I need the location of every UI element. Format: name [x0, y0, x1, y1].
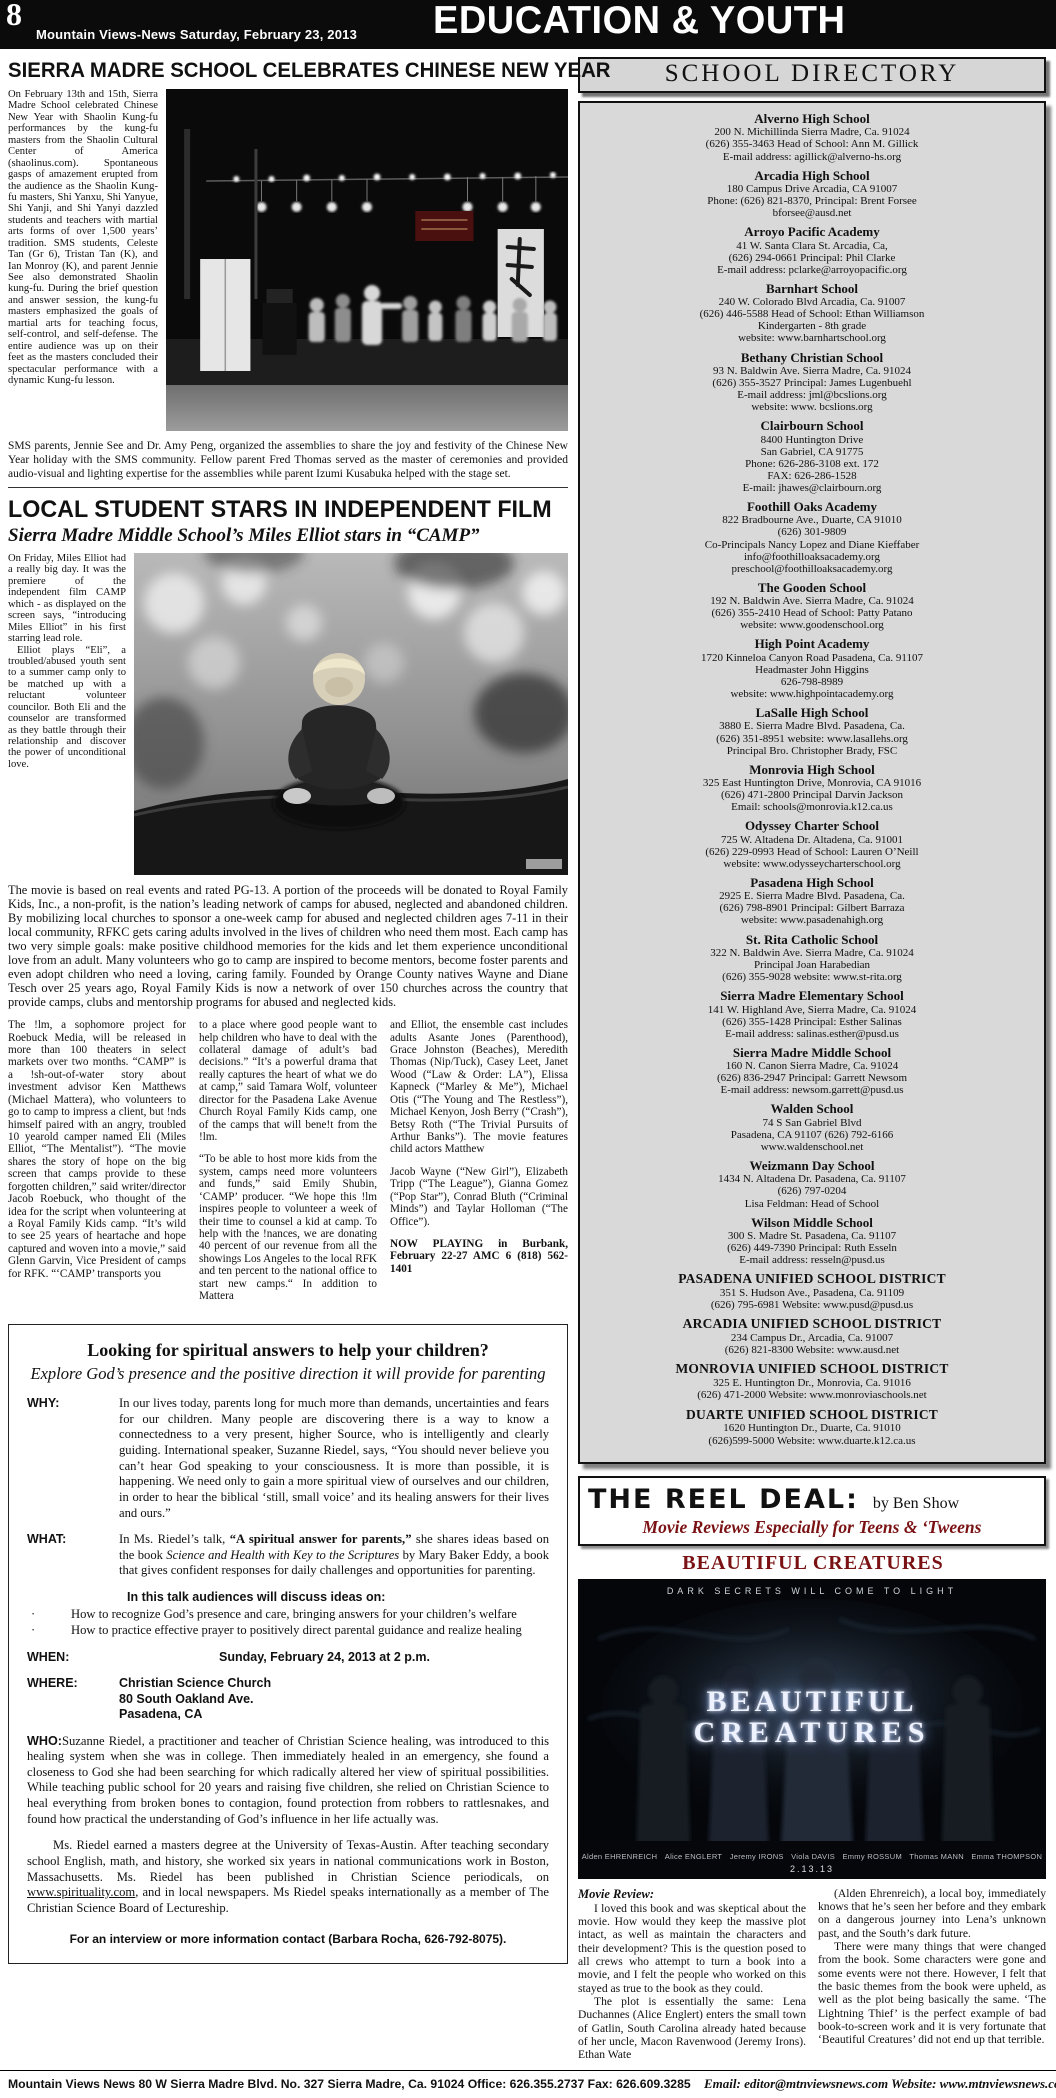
school-name: The Gooden School: [586, 580, 1038, 595]
review-paragraph: The plot is essentially the same: Lena D…: [578, 1995, 806, 2062]
article-column: and Elliot, the ensemble cast includes a…: [390, 1019, 568, 1312]
review-col2-paras: (Alden Ehrenreich), a local boy, immedia…: [818, 1887, 1046, 2047]
article-divider: [8, 487, 568, 488]
article2-intro: On Friday, Miles Elliot had a really big…: [8, 553, 126, 875]
article2-full-paragraph: The movie is based on real events and ra…: [8, 883, 568, 1009]
article1-caption: SMS parents, Jennie See and Dr. Amy Peng…: [8, 439, 568, 481]
school-line: bforsee@ausd.net: [586, 207, 1038, 219]
district-line: (626) 821-8300 Website: www.ausd.net: [586, 1344, 1038, 1356]
school-name: LaSalle High School: [586, 705, 1038, 720]
reel-deal-byline: by Ben Show: [873, 1495, 959, 1512]
district-line: 325 E. Huntington Dr., Monrovia, Ca. 910…: [586, 1377, 1038, 1389]
school-line: website: www.barnhartschool.org: [586, 332, 1038, 344]
spirituality-link: www.spirituality.com: [27, 1885, 135, 1899]
school-line: (626) 294-0661 Principal: Phil Clarke: [586, 252, 1038, 264]
school-name: Arroyo Pacific Academy: [586, 224, 1038, 239]
school-entry: Sierra Madre Middle School 160 N. Canon …: [586, 1045, 1038, 1097]
footer-contact-info: Mountain Views News 80 W Sierra Madre Bl…: [8, 2077, 691, 2091]
what-talk-title: “A spiritual answer for parents,”: [230, 1532, 412, 1546]
school-line: FAX: 626-286-1528: [586, 470, 1038, 482]
school-lines: 74 S San Gabriel BlvdPasadena, CA 91107 …: [586, 1117, 1038, 1153]
right-column: SCHOOL DIRECTORY Alverno High School 200…: [578, 55, 1048, 2062]
intro-paragraph: On Friday, Miles Elliot had a really big…: [8, 553, 126, 645]
boy-photo-graphic: [134, 553, 568, 875]
why-label: WHY:: [27, 1396, 119, 1521]
district-entry: PASADENA UNIFIED SCHOOL DISTRICT 351 S. …: [586, 1271, 1038, 1311]
school-entry: Arroyo Pacific Academy 41 W. Santa Clara…: [586, 224, 1038, 276]
school-line: 192 N. Baldwin Ave. Sierra Madre, Ca. 91…: [586, 595, 1038, 607]
review-column-2: (Alden Ehrenreich), a local boy, immedia…: [818, 1887, 1046, 2062]
page-body: SIERRA MADRE SCHOOL CELEBRATES CHINESE N…: [0, 49, 1056, 2062]
school-line: Principal Bro. Christopher Brady, FSC: [586, 745, 1038, 757]
district-line: (626) 471-2000 Website: www.monroviascho…: [586, 1389, 1038, 1401]
school-lines: 1720 Kinneloa Canyon Road Pasadena, Ca. …: [586, 652, 1038, 700]
page-number: 8: [6, 0, 22, 33]
review-col1-paras: I loved this book and was skeptical abou…: [578, 1902, 806, 2062]
column-paragraphs: The !lm, a sophomore project for Roebuck…: [8, 1019, 186, 1280]
cast-name: Emma THOMPSON: [971, 1852, 1042, 1861]
bullet-marker: ·: [27, 1607, 71, 1623]
school-name: Barnhart School: [586, 281, 1038, 296]
school-entry: Walden School 74 S San Gabriel BlvdPasad…: [586, 1101, 1038, 1153]
school-line: (626) 446-5588 Head of School: Ethan Wil…: [586, 308, 1038, 320]
review-column-1: Movie Review: I loved this book and was …: [578, 1887, 806, 2062]
district-line: (626) 795-6981 Website: www.pusd@pusd.us: [586, 1299, 1038, 1311]
cast-name: Viola DAVIS: [791, 1852, 835, 1861]
spiritual-where-row: WHERE: Christian Science Church80 South …: [27, 1676, 549, 1723]
reel-title-row: THE REEL DEAL: by Ben Show: [588, 1484, 1036, 1515]
school-line: Lisa Feldman: Head of School: [586, 1198, 1038, 1210]
where-lines: Christian Science Church80 South Oakland…: [119, 1676, 549, 1723]
district-line: 1620 Huntington Dr., Duarte, Ca. 91010: [586, 1422, 1038, 1434]
school-name: Wilson Middle School: [586, 1215, 1038, 1230]
school-line: website: www.odysseycharterschool.org: [586, 858, 1038, 870]
school-line: 93 N. Baldwin Ave. Sierra Madre, Ca. 910…: [586, 365, 1038, 377]
school-lines: 8400 Huntington DriveSan Gabriel, CA 917…: [586, 434, 1038, 494]
school-line: 240 W. Colorado Blvd Arcadia, Ca. 91007: [586, 296, 1038, 308]
school-entry: Pasadena High School 2925 E. Sierra Madr…: [586, 875, 1038, 927]
school-line: 725 W. Altadena Dr. Altadena, Ca. 91001: [586, 834, 1038, 846]
school-line: 1434 N. Altadena Dr. Pasadena, Ca. 91107: [586, 1173, 1038, 1185]
school-name: Alverno High School: [586, 111, 1038, 126]
district-name: ARCADIA UNIFIED SCHOOL DISTRICT: [586, 1316, 1038, 1332]
school-line: (626) 351-8951 website: www.lasallehs.or…: [586, 733, 1038, 745]
district-name: DUARTE UNIFIED SCHOOL DISTRICT: [586, 1407, 1038, 1423]
school-lines: 2925 E. Sierra Madre Blvd. Pasadena, Ca.…: [586, 890, 1038, 926]
spiritual-subtitle: Explore God’s presence and the positive …: [27, 1364, 549, 1384]
school-line: 200 N. Michillinda Sierra Madre, Ca. 910…: [586, 126, 1038, 138]
school-line: San Gabriel, CA 91775: [586, 446, 1038, 458]
district-lines: 351 S. Hudson Ave., Pasadena, Ca. 91109(…: [586, 1287, 1038, 1311]
district-lines: 1620 Huntington Dr., Duarte, Ca. 91010(6…: [586, 1422, 1038, 1446]
school-lines: 300 S. Madre St. Pasadena, Ca. 91107(626…: [586, 1230, 1038, 1266]
school-name: Bethany Christian School: [586, 350, 1038, 365]
school-line: Headmaster John Higgins: [586, 664, 1038, 676]
school-line: 1720 Kinneloa Canyon Road Pasadena, Ca. …: [586, 652, 1038, 664]
article2-row: On Friday, Miles Elliot had a really big…: [8, 553, 568, 875]
school-entry: LaSalle High School 3880 E. Sierra Madre…: [586, 705, 1038, 757]
who-paragraph: WHO:Suzanne Riedel, a practitioner and t…: [27, 1734, 549, 1828]
what-label: WHAT:: [27, 1532, 119, 1579]
school-line: website: www.goodenschool.org: [586, 619, 1038, 631]
district-line: 234 Campus Dr., Arcadia, Ca. 91007: [586, 1332, 1038, 1344]
district-entry: ARCADIA UNIFIED SCHOOL DISTRICT 234 Camp…: [586, 1316, 1038, 1356]
district-entry: DUARTE UNIFIED SCHOOL DISTRICT 1620 Hunt…: [586, 1407, 1038, 1447]
left-column: SIERRA MADRE SCHOOL CELEBRATES CHINESE N…: [8, 55, 568, 1964]
article2-columns: The !lm, a sophomore project for Roebuck…: [8, 1019, 568, 1312]
where-label: WHERE:: [27, 1676, 119, 1723]
school-name: Walden School: [586, 1101, 1038, 1116]
poster-movie-title: BEAUTIFUL CREATURES: [578, 1687, 1046, 1749]
school-lines: 93 N. Baldwin Ave. Sierra Madre, Ca. 910…: [586, 365, 1038, 413]
discuss-bullets: · How to recognize God’s presence and ca…: [27, 1607, 549, 1638]
school-name: Odyssey Charter School: [586, 818, 1038, 833]
school-line: (626) 836-2947 Principal: Garrett Newsom: [586, 1072, 1038, 1084]
district-name: MONROVIA UNIFIED SCHOOL DISTRICT: [586, 1361, 1038, 1377]
page-footer: Mountain Views News 80 W Sierra Madre Bl…: [0, 2070, 1056, 2098]
article1-body: On February 13th and 15th, Sierra Madre …: [8, 89, 158, 431]
who2-pre: Ms. Riedel earned a masters degree at th…: [27, 1838, 549, 1883]
district-name: PASADENA UNIFIED SCHOOL DISTRICT: [586, 1271, 1038, 1287]
school-list: Alverno High School 200 N. Michillinda S…: [586, 111, 1038, 1266]
when-label: WHEN:: [27, 1650, 119, 1666]
school-line: E-mail address: agillick@alverno-hs.org: [586, 151, 1038, 163]
school-name: Clairbourn School: [586, 418, 1038, 433]
column-paragraph: Jacob Wayne (“New Girl”), Elizabeth Trip…: [390, 1166, 568, 1228]
movie-review: Movie Review: I loved this book and was …: [578, 1887, 1046, 2062]
school-lines: 822 Bradbourne Ave., Duarte, CA 91010(62…: [586, 514, 1038, 574]
school-entry: Weizmann Day School 1434 N. Altadena Dr.…: [586, 1158, 1038, 1210]
school-line: E-mail address: pclarke@arroyopacific.or…: [586, 264, 1038, 276]
school-name: Sierra Madre Middle School: [586, 1045, 1038, 1060]
poster-release-date: 2.13.13: [578, 1864, 1046, 1874]
school-line: Phone: 626-286-3108 ext. 172: [586, 458, 1038, 470]
school-line: Principal Joan Harabedian: [586, 959, 1038, 971]
school-line: (626) 355-2410 Head of School: Patty Pat…: [586, 607, 1038, 619]
masthead-banner: 8 Mountain Views-News Saturday, February…: [0, 0, 1056, 49]
column-paragraph: to a place where good people want to hel…: [199, 1019, 377, 1143]
school-entry: Barnhart School 240 W. Colorado Blvd Arc…: [586, 281, 1038, 345]
school-entry: Monrovia High School 325 East Huntington…: [586, 762, 1038, 814]
school-line: 160 N. Canon Sierra Madre, Ca. 91024: [586, 1060, 1038, 1072]
school-name: High Point Academy: [586, 636, 1038, 651]
school-entry: Bethany Christian School 93 N. Baldwin A…: [586, 350, 1038, 414]
school-line: E-mail address: newsom.garrett@pusd.us: [586, 1084, 1038, 1096]
article2-headline: LOCAL STUDENT STARS IN INDEPENDENT FILM: [8, 496, 551, 524]
school-name: St. Rita Catholic School: [586, 932, 1038, 947]
school-directory-header: SCHOOL DIRECTORY: [578, 57, 1046, 93]
stage-photo-graphic: [166, 89, 568, 431]
cast-name: Thomas MANN: [909, 1852, 964, 1861]
where-line: Pasadena, CA: [119, 1707, 549, 1723]
school-line: Pasadena, CA 91107 (626) 792-6166: [586, 1129, 1038, 1141]
school-entry: High Point Academy 1720 Kinneloa Canyon …: [586, 636, 1038, 700]
school-line: 626-798-8989: [586, 676, 1038, 688]
reel-deal-subtitle: Movie Reviews Especially for Teens & ‘Tw…: [588, 1517, 1036, 1538]
school-line: Kindergarten - 8th grade: [586, 320, 1038, 332]
school-line: (626) 449-7390 Principal: Ruth Esseln: [586, 1242, 1038, 1254]
school-lines: 41 W. Santa Clara St. Arcadia, Ca,(626) …: [586, 240, 1038, 276]
school-line: info@foothilloaksacademy.org: [586, 551, 1038, 563]
school-line: 2925 E. Sierra Madre Blvd. Pasadena, Ca.: [586, 890, 1038, 902]
beautiful-creatures-poster: DARK SECRETS WILL COME TO LIGHT BEAUTIFU…: [578, 1579, 1046, 1879]
school-lines: 160 N. Canon Sierra Madre, Ca. 91024(626…: [586, 1060, 1038, 1096]
school-line: (626) 798-8901 Principal: Gilbert Barraz…: [586, 902, 1038, 914]
cast-name: Alden EHRENREICH: [582, 1852, 658, 1861]
school-line: (626) 301-9809: [586, 526, 1038, 538]
school-lines: 240 W. Colorado Blvd Arcadia, Ca. 91007(…: [586, 296, 1038, 344]
spiritual-title: Looking for spiritual answers to help yo…: [27, 1339, 549, 1361]
bullet-marker: ·: [27, 1623, 71, 1639]
school-name: Arcadia High School: [586, 168, 1038, 183]
school-line: website: www.pasadenahigh.org: [586, 914, 1038, 926]
school-line: Email: schools@monrovia.k12.ca.us: [586, 801, 1038, 813]
column-paragraph: The !lm, a sophomore project for Roebuck…: [8, 1019, 186, 1280]
school-line: (626) 355-3527 Principal: James Lugenbue…: [586, 377, 1038, 389]
school-entry: St. Rita Catholic School 322 N. Baldwin …: [586, 932, 1038, 984]
who-label: WHO:: [27, 1734, 62, 1748]
district-lines: 234 Campus Dr., Arcadia, Ca. 91007(626) …: [586, 1332, 1038, 1356]
school-entry: Clairbourn School 8400 Huntington DriveS…: [586, 418, 1038, 494]
school-line: website: www. bcslions.org: [586, 401, 1038, 413]
school-line: E-mail: jhawes@clairbourn.org: [586, 482, 1038, 494]
what-text: In Ms. Riedel’s talk, “A spiritual answe…: [119, 1532, 549, 1579]
review-paragraph: I loved this book and was skeptical abou…: [578, 1902, 806, 1995]
district-list: PASADENA UNIFIED SCHOOL DISTRICT 351 S. …: [586, 1271, 1038, 1446]
school-line: (626) 355-3463 Head of School: Ann M. Gi…: [586, 138, 1038, 150]
school-entry: Sierra Madre Elementary School 141 W. Hi…: [586, 988, 1038, 1040]
paper-name-date: Mountain Views-News Saturday, February 2…: [36, 27, 357, 42]
school-line: 41 W. Santa Clara St. Arcadia, Ca,: [586, 240, 1038, 252]
school-entry: Alverno High School 200 N. Michillinda S…: [586, 111, 1038, 163]
school-line: www.waldenschool.net: [586, 1141, 1038, 1153]
school-entry: Odyssey Charter School 725 W. Altadena D…: [586, 818, 1038, 870]
school-name: Monrovia High School: [586, 762, 1038, 777]
school-line: E-mail address: jml@bcslions.org: [586, 389, 1038, 401]
bullet-item: · How to practice effective prayer to po…: [27, 1623, 549, 1639]
school-line: 8400 Huntington Drive: [586, 434, 1038, 446]
school-lines: 322 N. Baldwin Ave. Sierra Madre, Ca. 91…: [586, 947, 1038, 983]
intro-paragraph: Elliot plays “Eli”, a troubled/abused yo…: [8, 645, 126, 771]
column-paragraph: and Elliot, the ensemble cast includes a…: [390, 1019, 568, 1156]
review-label: Movie Review:: [578, 1887, 806, 1902]
school-line: Co-Principals Nancy Lopez and Diane Kief…: [586, 539, 1038, 551]
article1-row: On February 13th and 15th, Sierra Madre …: [8, 89, 568, 431]
school-line: Phone: (626) 821-8370, Principal: Brent …: [586, 195, 1038, 207]
school-entry: Arcadia High School 180 Campus Drive Arc…: [586, 168, 1038, 220]
article-column: The !lm, a sophomore project for Roebuck…: [8, 1019, 186, 1312]
school-line: 300 S. Madre St. Pasadena, Ca. 91107: [586, 1230, 1038, 1242]
school-lines: 141 W. Highland Ave, Sierra Madre, Ca. 9…: [586, 1004, 1038, 1040]
section-title: EDUCATION & YOUTH: [433, 0, 845, 43]
district-line: (626)599-5000 Website: www.duarte.k12.ca…: [586, 1435, 1038, 1447]
district-entry: MONROVIA UNIFIED SCHOOL DISTRICT 325 E. …: [586, 1361, 1038, 1401]
school-lines: 200 N. Michillinda Sierra Madre, Ca. 910…: [586, 126, 1038, 162]
why-text: In our lives today, parents long for muc…: [119, 1396, 549, 1521]
school-line: (626) 229-0993 Head of School: Lauren O’…: [586, 846, 1038, 858]
who-paragraph-2: Ms. Riedel earned a masters degree at th…: [27, 1838, 549, 1916]
school-name: Foothill Oaks Academy: [586, 499, 1038, 514]
reel-deal-title: THE REEL DEAL:: [588, 1484, 859, 1515]
column-paragraph: “To be able to host more kids from the s…: [199, 1153, 377, 1302]
spiritual-answers-box: Looking for spiritual answers to help yo…: [8, 1324, 568, 1964]
poster-title-line1: BEAUTIFUL: [578, 1687, 1046, 1717]
school-line: 180 Campus Drive Arcadia, CA 91007: [586, 183, 1038, 195]
bullet-text: How to practice effective prayer to posi…: [71, 1623, 522, 1639]
school-line: 3880 E. Sierra Madre Blvd. Pasadena, Ca.: [586, 720, 1038, 732]
school-line: (626) 355-9028 website: www.st-rita.org: [586, 971, 1038, 983]
when-value: Sunday, February 24, 2013 at 2 p.m.: [119, 1650, 549, 1666]
school-lines: 192 N. Baldwin Ave. Sierra Madre, Ca. 91…: [586, 595, 1038, 631]
reel-deal-box: THE REEL DEAL: by Ben Show Movie Reviews…: [578, 1476, 1046, 1546]
school-line: 141 W. Highland Ave, Sierra Madre, Ca. 9…: [586, 1004, 1038, 1016]
who-text: Suzanne Riedel, a practitioner and teach…: [27, 1734, 549, 1826]
school-name: Pasadena High School: [586, 875, 1038, 890]
school-lines: 3880 E. Sierra Madre Blvd. Pasadena, Ca.…: [586, 720, 1038, 756]
what-pre: In Ms. Riedel’s talk,: [119, 1532, 230, 1546]
chinese-new-year-photo: [166, 89, 568, 431]
what-book-title: Science and Health with Key to the Scrip…: [166, 1548, 399, 1562]
now-playing-note: NOW PLAYING in Burbank, February 22-27 A…: [390, 1238, 568, 1275]
school-line: E-mail address: resseln@pusd.us: [586, 1254, 1038, 1266]
school-entry: Foothill Oaks Academy 822 Bradbourne Ave…: [586, 499, 1038, 575]
school-lines: 180 Campus Drive Arcadia, CA 91007Phone:…: [586, 183, 1038, 219]
school-line: 822 Bradbourne Ave., Duarte, CA 91010: [586, 514, 1038, 526]
school-lines: 725 W. Altadena Dr. Altadena, Ca. 91001(…: [586, 834, 1038, 870]
school-directory-box: Alverno High School 200 N. Michillinda S…: [578, 101, 1046, 1464]
poster-title-line2: CREATURES: [578, 1717, 1046, 1749]
article1-headline: SIERRA MADRE SCHOOL CELEBRATES CHINESE N…: [8, 59, 551, 83]
school-line: preschool@foothilloaksacademy.org: [586, 563, 1038, 575]
column-paragraphs: and Elliot, the ensemble cast includes a…: [390, 1019, 568, 1228]
school-line: website: www.highpointacademy.org: [586, 688, 1038, 700]
article-column: to a place where good people want to hel…: [199, 1019, 377, 1312]
movie-review-title: BEAUTIFUL CREATURES: [578, 1552, 1048, 1575]
school-lines: 1434 N. Altadena Dr. Pasadena, Ca. 91107…: [586, 1173, 1038, 1209]
district-lines: 325 E. Huntington Dr., Monrovia, Ca. 910…: [586, 1377, 1038, 1401]
where-line: 80 South Oakland Ave.: [119, 1692, 549, 1708]
miles-elliot-photo: [134, 553, 568, 875]
school-line: E-mail address: salinas.esther@pusd.us: [586, 1028, 1038, 1040]
bullet-item: · How to recognize God’s presence and ca…: [27, 1607, 549, 1623]
where-line: Christian Science Church: [119, 1676, 549, 1692]
school-line: (626) 355-1428 Principal: Esther Salinas: [586, 1016, 1038, 1028]
school-entry: The Gooden School 192 N. Baldwin Ave. Si…: [586, 580, 1038, 632]
school-name: Sierra Madre Elementary School: [586, 988, 1038, 1003]
school-lines: 325 East Huntington Drive, Monrovia, CA …: [586, 777, 1038, 813]
footer-email-website: Email: editor@mtnviewsnews.com Website: …: [704, 2076, 1056, 2091]
cast-name: Jeremy IRONS: [730, 1852, 784, 1861]
discuss-heading: In this talk audiences will discuss idea…: [127, 1590, 549, 1606]
school-line: 74 S San Gabriel Blvd: [586, 1117, 1038, 1129]
school-line: 325 East Huntington Drive, Monrovia, CA …: [586, 777, 1038, 789]
district-line: 351 S. Hudson Ave., Pasadena, Ca. 91109: [586, 1287, 1038, 1299]
review-paragraph: There were many things that were changed…: [818, 1940, 1046, 2047]
spiritual-when-row: WHEN: Sunday, February 24, 2013 at 2 p.m…: [27, 1650, 549, 1666]
school-name: Weizmann Day School: [586, 1158, 1038, 1173]
school-line: 322 N. Baldwin Ave. Sierra Madre, Ca. 91…: [586, 947, 1038, 959]
poster-tagline: DARK SECRETS WILL COME TO LIGHT: [578, 1586, 1046, 1596]
spiritual-what-row: WHAT: In Ms. Riedel’s talk, “A spiritual…: [27, 1532, 549, 1579]
school-entry: Wilson Middle School 300 S. Madre St. Pa…: [586, 1215, 1038, 1267]
article2-subheadline: Sierra Madre Middle School’s Miles Ellio…: [8, 525, 568, 547]
poster-cast-row: Alden EHRENREICHAlice ENGLERTJeremy IRON…: [578, 1852, 1046, 1861]
school-line: (626) 471-2800 Principal Darvin Jackson: [586, 789, 1038, 801]
contact-line: For an interview or more information con…: [27, 1932, 549, 1947]
spiritual-why-row: WHY: In our lives today, parents long fo…: [27, 1396, 549, 1521]
school-line: (626) 797-0204: [586, 1185, 1038, 1197]
cast-name: Emmy ROSSUM: [842, 1852, 902, 1861]
column-paragraphs: to a place where good people want to hel…: [199, 1019, 377, 1302]
cast-name: Alice ENGLERT: [665, 1852, 723, 1861]
bullet-text: How to recognize God’s presence and care…: [71, 1607, 517, 1623]
review-paragraph: (Alden Ehrenreich), a local boy, immedia…: [818, 1887, 1046, 1940]
